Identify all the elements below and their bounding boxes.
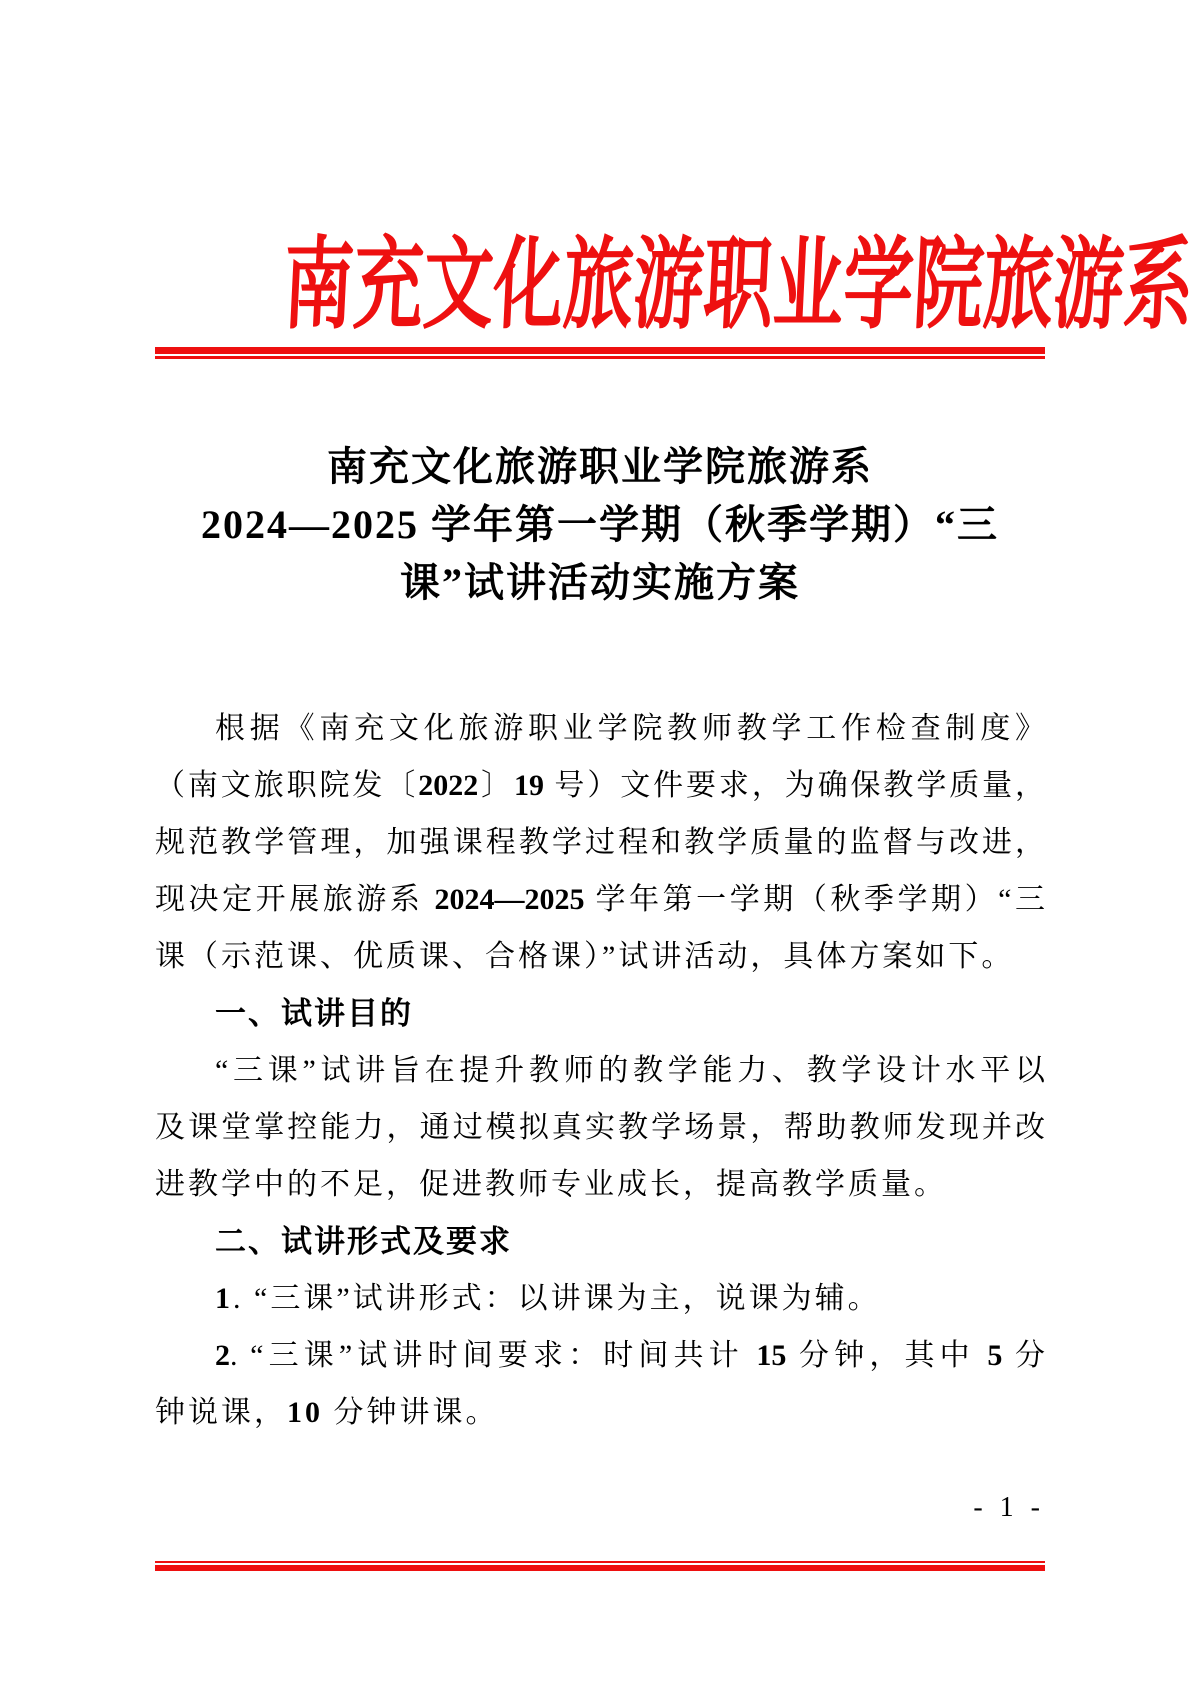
doc-title: 南充文化旅游职业学院旅游系 2024—2025 学年第一学期（秋季学期）“三 课… [155,438,1045,612]
body-line: （南文旅职院发〔2022〕19 号）文件要求，为确保教学质量， [155,757,1045,814]
page-number: - 1 - [973,1492,1045,1524]
body-line: 1. “三课”试讲形式：以讲课为主，说课为辅。 [155,1270,1045,1327]
body-line: 及课堂掌控能力，通过模拟真实教学场景，帮助教师发现并改 [155,1099,1045,1156]
body-line: 钟说课，10 分钟讲课。 [155,1384,1045,1441]
doc-title-line: 2024—2025 学年第一学期（秋季学期）“三 [155,496,1045,554]
body-line: 根据《南充文化旅游职业学院教师教学工作检查制度》 [155,700,1045,757]
body-line: 2. “三课”试讲时间要求：时间共计 15 分钟，其中 5 分 [155,1327,1045,1384]
footer-divider [155,1561,1045,1571]
doc-body: 根据《南充文化旅游职业学院教师教学工作检查制度》 （南文旅职院发〔2022〕19… [155,700,1045,1441]
body-line: 课（示范课、优质课、合格课）”试讲活动，具体方案如下。 [155,928,1045,985]
masthead-divider-thick-line [155,347,1045,354]
masthead-title: 南充文化旅游职业学院旅游系 [281,228,910,344]
section-heading: 二、试讲形式及要求 [155,1213,1045,1270]
document-page: { "colors": { "red": "#ee1010" }, "page"… [0,0,1191,1684]
body-line: 现决定开展旅游系 2024—2025 学年第一学期（秋季学期）“三 [155,871,1045,928]
masthead-divider-thin-line [155,356,1045,359]
doc-title-line: 课”试讲活动实施方案 [155,554,1045,612]
body-line: “三课”试讲旨在提升教师的教学能力、教学设计水平以 [155,1042,1045,1099]
masthead-divider [155,347,1045,359]
footer-divider-thick-line [155,1565,1045,1571]
doc-title-line: 南充文化旅游职业学院旅游系 [155,438,1045,496]
body-line: 规范教学管理，加强课程教学过程和教学质量的监督与改进， [155,814,1045,871]
section-heading: 一、试讲目的 [155,985,1045,1042]
body-line: 进教学中的不足，促进教师专业成长，提高教学质量。 [155,1156,1045,1213]
